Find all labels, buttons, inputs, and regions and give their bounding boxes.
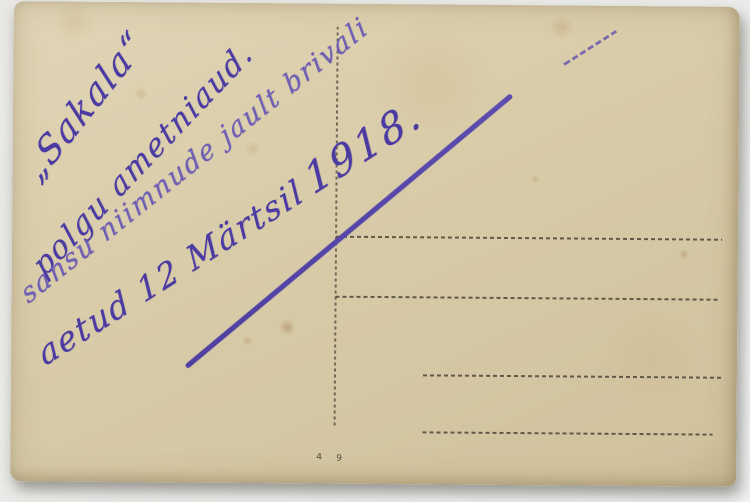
address-line-1: [336, 236, 722, 241]
plate-mark-right: 9: [336, 454, 342, 464]
address-line-2: [336, 296, 720, 301]
postcard-photo-scene: 4 9 „Sakala“ polgu ametniaud. sansu niim…: [0, 0, 750, 502]
address-line-4: [423, 431, 713, 435]
handwriting-year: 1918.: [297, 89, 429, 204]
postcard-back: 4 9 „Sakala“ polgu ametniaud. sansu niim…: [10, 1, 740, 487]
address-line-3: [423, 374, 721, 378]
ink-smear-mark: [563, 29, 619, 66]
divider-dotted-line: [334, 27, 339, 427]
plate-mark-left: 4: [316, 453, 322, 463]
